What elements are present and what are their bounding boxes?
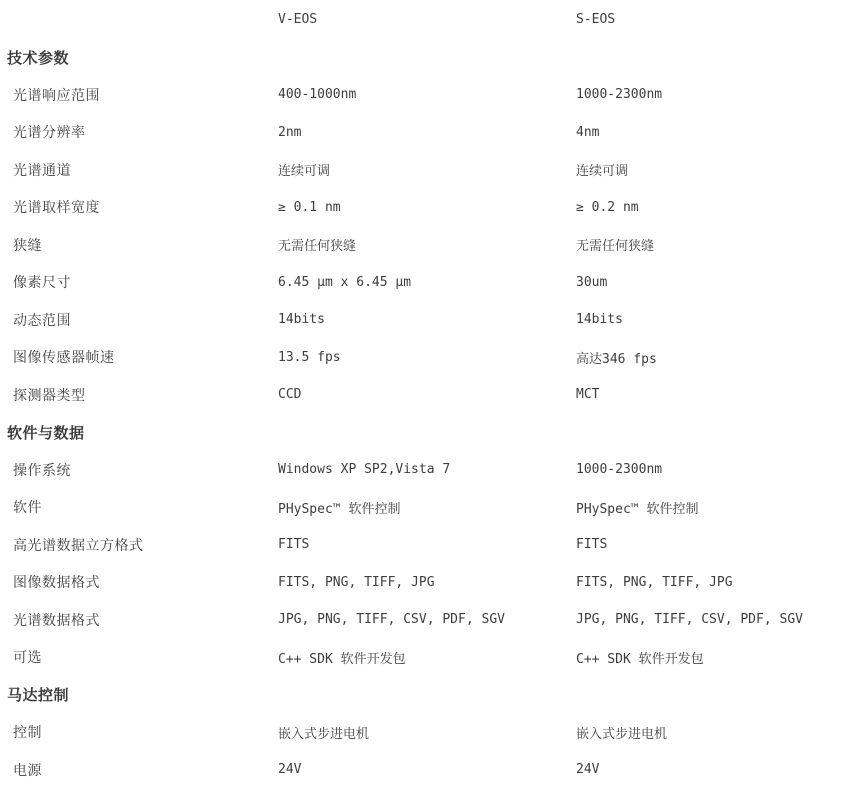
v-eos-value: 6.45 μm x 6.45 μm	[278, 275, 576, 290]
row-label: 电源	[0, 760, 278, 780]
spec-row: 光谱取样宽度 ≥ 0.1 nm ≥ 0.2 nm	[0, 189, 853, 227]
spec-row: 像素尺寸 6.45 μm x 6.45 μm 30um	[0, 264, 853, 302]
v-eos-value: ≥ 0.1 nm	[278, 200, 576, 215]
v-eos-value: 2nm	[278, 125, 576, 140]
v-eos-value: 13.5 fps	[278, 350, 576, 365]
s-eos-value: FITS	[576, 537, 853, 552]
v-eos-value: C++ SDK 软件开发包	[278, 648, 576, 667]
row-label: 图像数据格式	[0, 572, 278, 592]
v-eos-value: 无需任何狭缝	[278, 235, 576, 254]
s-eos-value: FITS, PNG, TIFF, JPG	[576, 575, 853, 590]
spec-row: 图像传感器帧速 13.5 fps 高达346 fps	[0, 339, 853, 377]
s-eos-value: MCT	[576, 387, 853, 402]
spec-row: 软件 PHySpec™ 软件控制 PHySpec™ 软件控制	[0, 489, 853, 527]
s-eos-value: 1000-2300nm	[576, 462, 853, 477]
s-eos-value: JPG, PNG, TIFF, CSV, PDF, SGV	[576, 612, 853, 627]
row-label: 动态范围	[0, 310, 278, 330]
spec-row: 狭缝 无需任何狭缝 无需任何狭缝	[0, 226, 853, 264]
s-eos-value: ≥ 0.2 nm	[576, 200, 853, 215]
row-label: 控制	[0, 722, 278, 742]
v-eos-value: 24V	[278, 762, 576, 777]
row-label: 可选	[0, 647, 278, 667]
row-label: 操作系统	[0, 460, 278, 480]
s-eos-value: PHySpec™ 软件控制	[576, 498, 853, 517]
section-title: 技术参数	[0, 47, 69, 68]
v-eos-value: Windows XP SP2,Vista 7	[278, 462, 576, 477]
column-header-s-eos: S-EOS	[576, 12, 853, 27]
s-eos-value: 14bits	[576, 312, 853, 327]
s-eos-value: 30um	[576, 275, 853, 290]
v-eos-value: FITS, PNG, TIFF, JPG	[278, 575, 576, 590]
row-label: 光谱通道	[0, 160, 278, 180]
spec-row: 动态范围 14bits 14bits	[0, 301, 853, 339]
spec-row: 控制 嵌入式步进电机 嵌入式步进电机	[0, 714, 853, 752]
row-label: 光谱分辨率	[0, 122, 278, 142]
s-eos-value: 1000-2300nm	[576, 87, 853, 102]
spec-row: 光谱数据格式 JPG, PNG, TIFF, CSV, PDF, SGV JPG…	[0, 601, 853, 639]
spec-row: 电源 24V 24V	[0, 751, 853, 789]
row-label: 软件	[0, 497, 278, 517]
row-label: 光谱取样宽度	[0, 197, 278, 217]
column-header-v-eos: V-EOS	[278, 12, 576, 27]
s-eos-value: 高达346 fps	[576, 348, 853, 367]
spec-row: 高光谱数据立方格式 FITS FITS	[0, 526, 853, 564]
v-eos-value: PHySpec™ 软件控制	[278, 498, 576, 517]
spec-row: 光谱分辨率 2nm 4nm	[0, 114, 853, 152]
spec-row: 可选 C++ SDK 软件开发包 C++ SDK 软件开发包	[0, 639, 853, 677]
spec-row: 图像数据格式 FITS, PNG, TIFF, JPG FITS, PNG, T…	[0, 564, 853, 602]
row-label: 像素尺寸	[0, 272, 278, 292]
v-eos-value: FITS	[278, 537, 576, 552]
v-eos-value: CCD	[278, 387, 576, 402]
v-eos-value: 嵌入式步进电机	[278, 723, 576, 742]
section-title: 马达控制	[0, 684, 69, 705]
section-title: 软件与数据	[0, 422, 85, 443]
spec-row: 探测器类型 CCD MCT	[0, 376, 853, 414]
spec-row: 操作系统 Windows XP SP2,Vista 7 1000-2300nm	[0, 451, 853, 489]
v-eos-value: JPG, PNG, TIFF, CSV, PDF, SGV	[278, 612, 576, 627]
section-header-row: 软件与数据	[0, 414, 853, 452]
v-eos-value: 连续可调	[278, 160, 576, 179]
row-label: 光谱响应范围	[0, 85, 278, 105]
spec-row: 光谱通道 连续可调 连续可调	[0, 151, 853, 189]
s-eos-value: 24V	[576, 762, 853, 777]
row-label: 探测器类型	[0, 385, 278, 405]
row-label: 高光谱数据立方格式	[0, 535, 278, 555]
section-header-row: 技术参数	[0, 39, 853, 77]
s-eos-value: 嵌入式步进电机	[576, 723, 853, 742]
s-eos-value: C++ SDK 软件开发包	[576, 648, 853, 667]
s-eos-value: 4nm	[576, 125, 853, 140]
spec-row: 光谱响应范围 400-1000nm 1000-2300nm	[0, 76, 853, 114]
row-label: 图像传感器帧速	[0, 347, 278, 367]
s-eos-value: 无需任何狭缝	[576, 235, 853, 254]
column-header-row: V-EOS S-EOS	[0, 1, 853, 39]
v-eos-value: 400-1000nm	[278, 87, 576, 102]
row-label: 光谱数据格式	[0, 610, 278, 630]
section-header-row: 马达控制	[0, 676, 853, 714]
v-eos-value: 14bits	[278, 312, 576, 327]
s-eos-value: 连续可调	[576, 160, 853, 179]
spec-table: V-EOS S-EOS 技术参数 光谱响应范围 400-1000nm 1000-…	[0, 0, 853, 789]
row-label: 狭缝	[0, 235, 278, 255]
